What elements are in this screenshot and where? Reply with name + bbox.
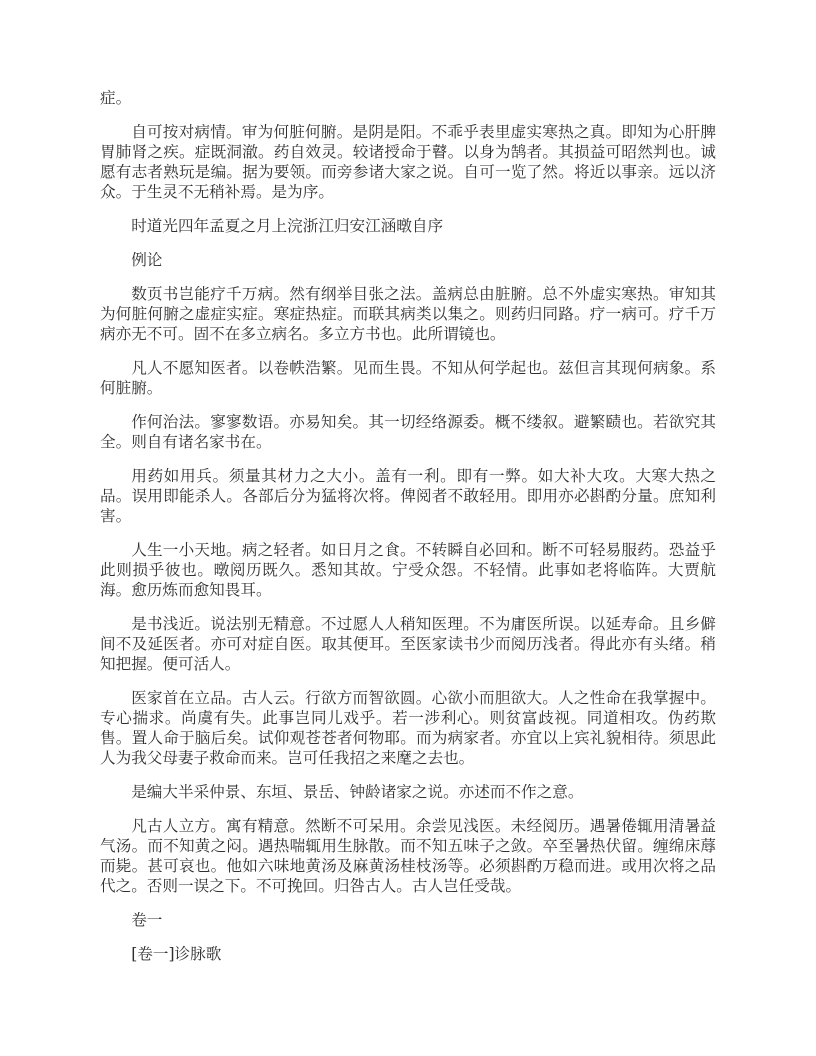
lilun-paragraph-7: 医家首在立品。古人云。行欲方而智欲圆。心欲小而胆欲大。人之性命在我掌握中。专心揣…	[100, 688, 716, 768]
preface-body-paragraph: 自可按对病情。审为何脏何腑。是阴是阳。不乖乎表里虚实寒热之真。即知为心肝脾胃肺肾…	[100, 122, 716, 202]
heading-juan-1: 卷一	[100, 910, 716, 930]
lilun-paragraph-5: 人生一小天地。病之轻者。如日月之食。不转瞬自必回和。断不可轻易服药。恐益乎此则损…	[100, 540, 716, 600]
lilun-paragraph-3: 作何治法。寥寥数语。亦易知矣。其一切经络源委。概不缕叙。避繁赜也。若欲究其全。则…	[100, 412, 716, 452]
lilun-paragraph-8: 是编大半采仲景、东垣、景岳、钟龄诸家之说。亦述而不作之意。	[100, 782, 716, 802]
heading-juan1-zhenmaige: [卷一]诊脉歌	[100, 944, 716, 964]
preface-signature-line: 时道光四年孟夏之月上浣浙江归安江涵暾自序	[100, 216, 716, 236]
lilun-paragraph-4: 用药如用兵。须量其材力之大小。盖有一利。即有一弊。如大补大攻。大寒大热之品。误用…	[100, 466, 716, 526]
lilun-paragraph-1: 数页书岂能疗千万病。然有纲举目张之法。盖病总由脏腑。总不外虚实寒热。审知其为何脏…	[100, 284, 716, 344]
lilun-paragraph-9: 凡古人立方。寓有精意。然断不可呆用。余尝见浅医。未经阅历。遇暑倦辄用清暑益气汤。…	[100, 816, 716, 896]
lilun-paragraph-6: 是书浅近。说法别无精意。不过愿人人稍知医理。不为庸医所误。以延寿命。且乡僻间不及…	[100, 614, 716, 674]
heading-lilun: 例论	[100, 250, 716, 270]
lilun-paragraph-2: 凡人不愿知医者。以卷帙浩繁。见而生畏。不知从何学起也。兹但言其现何病象。系何脏腑…	[100, 358, 716, 398]
paragraph-continuation: 症。	[100, 88, 716, 108]
document-page: 症。 自可按对病情。审为何脏何腑。是阴是阳。不乖乎表里虚实寒热之真。即知为心肝脾…	[0, 0, 816, 1056]
